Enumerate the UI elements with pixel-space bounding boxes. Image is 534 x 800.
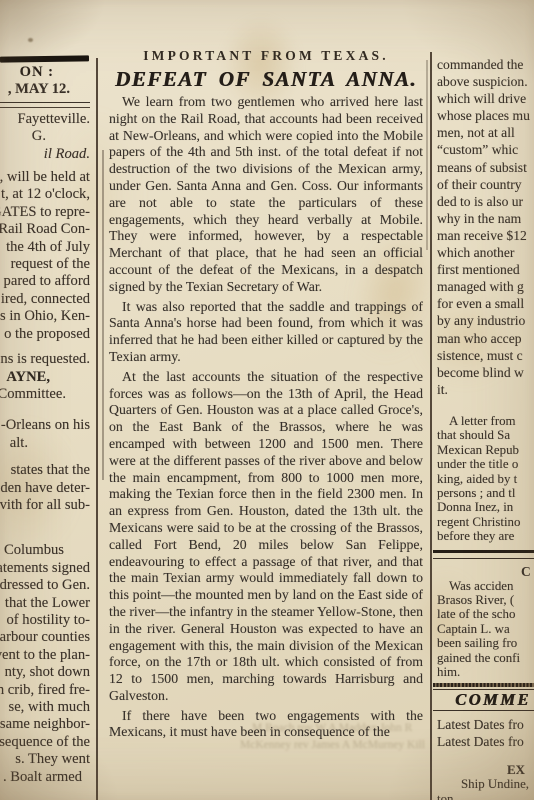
left-column-line: il Road. (0, 146, 90, 163)
left-column-line: that the Lower (0, 595, 90, 612)
section-heading-fragment: C (433, 564, 534, 579)
left-column-line: nty, shot down (0, 664, 90, 681)
column-divider (430, 52, 432, 800)
article-paragraph: We learn from two gentlemen who arrived … (109, 94, 423, 296)
left-column-line: t, at 12 o'clock, (0, 186, 90, 203)
article-paragraph: At the last accounts the situation of th… (109, 369, 423, 705)
right-column-line: under the title o (433, 457, 534, 471)
right-column-line: Latest Dates fro (433, 733, 534, 750)
right-column-line: which will drive (433, 90, 534, 107)
left-column-line: n crib, fired fre- (0, 682, 90, 699)
right-column-line: why in the nam (433, 210, 534, 227)
right-column-line: commanded the (433, 56, 534, 73)
right-column-line: him. (433, 665, 534, 679)
article-paragraph: It was also reported that the saddle and… (109, 299, 423, 366)
left-column-line: of hostility to- (0, 612, 90, 629)
date-line: , MAY 12. (0, 81, 90, 98)
right-column-line: which another (433, 244, 534, 261)
left-column-line: Fayetteville. (0, 111, 90, 128)
left-column-line: the 4th of July (0, 239, 90, 256)
left-column-line: The Columbus (0, 542, 90, 559)
right-column-line: of their country (433, 176, 534, 193)
left-column-line: sequence of the (0, 734, 90, 751)
right-column-line: become blind w (433, 364, 534, 381)
masthead-rule (0, 55, 89, 62)
right-column-line: that should Sa (433, 428, 534, 442)
right-column-line: Latest Dates fro (433, 716, 534, 733)
signature-fragment: AYNE, (0, 369, 90, 386)
left-column-line: s in Ohio, Ken- (0, 308, 90, 325)
right-column-line: means of subsist (433, 159, 534, 176)
right-column-line: Ship Undine, (433, 777, 534, 791)
newspaper-page: M Roach rov W A Maddox John R McKenney r… (0, 0, 534, 800)
exports-heading-fragment: EX (433, 763, 534, 777)
right-column-line: managed with g (433, 278, 534, 295)
ink-speck (28, 38, 33, 42)
right-column-line: men, not at all (433, 124, 534, 141)
thin-rule (433, 710, 534, 711)
right-column-line: ton. (433, 792, 534, 800)
masthead-fragment: ON : (0, 64, 90, 81)
right-column-line: Brasos River, ( (433, 593, 534, 607)
right-column-line: for even a small (433, 295, 534, 312)
right-column-line: man receive $12 (433, 227, 534, 244)
right-column-line: Was acciden (433, 579, 534, 593)
left-column-line: se, with much (0, 699, 90, 716)
right-column-line: above suspicion. (433, 73, 534, 90)
left-column-line: o the proposed (0, 326, 90, 343)
right-column-line: been sailing fro (433, 636, 534, 650)
right-column-line: “custom” whic (433, 141, 534, 158)
right-column-line: A letter from (433, 414, 534, 428)
left-column-line: Rail Road Con- (0, 221, 90, 238)
left-column-line: den have deter- (0, 480, 90, 497)
left-column-line: e Committee. (0, 386, 90, 403)
right-column-line: late of the scho (433, 607, 534, 621)
left-column-line: s. They went (0, 751, 90, 768)
left-column-line: pared to afford (0, 273, 90, 290)
left-column-line: states that the (0, 462, 90, 479)
right-column-line: it. (433, 381, 534, 398)
column-divider (96, 58, 98, 800)
left-column-line: GATES to repre- (0, 204, 90, 221)
left-column-line: ldressed to Gen. (0, 577, 90, 594)
double-rule (433, 550, 534, 559)
left-column-line: vith for all sub- (0, 497, 90, 514)
right-column-line: by any industrio (433, 312, 534, 329)
right-column-line: persons ; and tl (433, 486, 534, 500)
left-column-line: atements signed (0, 560, 90, 577)
right-column-line: king, aided by t (433, 472, 534, 486)
left-column: ON : , MAY 12. Fayetteville. G. il Road.… (0, 56, 90, 786)
right-column-line: whose places mu (433, 107, 534, 124)
right-column-line: regent Christino (433, 515, 534, 529)
right-column-line: first mentioned (433, 261, 534, 278)
left-column-line: -Orleans on his (0, 417, 90, 434)
double-rule (0, 102, 90, 108)
right-column-line: ded to is also ur (433, 193, 534, 210)
left-column-line: vent to the plan- (0, 647, 90, 664)
left-column-line: arbour counties (0, 629, 90, 646)
left-column-line: . Boalt armed (0, 769, 90, 786)
left-column-line: G. (0, 128, 90, 145)
right-column-line: sistence, must c (433, 347, 534, 364)
right-column-line: man who accep (433, 330, 534, 347)
left-column-line: , will be held at (0, 169, 90, 186)
right-column-line: Captain L. wa (433, 622, 534, 636)
left-column-line: ired, connected (0, 291, 90, 308)
right-column-line: Donna Inez, in (433, 500, 534, 514)
right-column: commanded the above suspicion. which wil… (433, 56, 534, 800)
left-column-line: same neighbor- (0, 716, 90, 733)
main-article: IMPORTANT FROM TEXAS. DEFEAT OF SANTA AN… (99, 42, 429, 743)
article-kicker: IMPORTANT FROM TEXAS. (109, 48, 423, 64)
right-column-line: before they are (433, 529, 534, 543)
left-column-line: alt. (0, 435, 90, 452)
decorative-rule (433, 683, 534, 687)
article-paragraph: If there have been two engagements with … (109, 708, 423, 742)
commercial-heading-fragment: COMME (433, 690, 534, 709)
left-column-line: request of the (0, 256, 90, 273)
right-column-line: gained the confi (433, 651, 534, 665)
left-column-line: ns is requested. (0, 351, 90, 368)
article-headline: DEFEAT OF SANTA ANNA. (109, 67, 423, 91)
right-column-line: Mexican Repub (433, 443, 534, 457)
